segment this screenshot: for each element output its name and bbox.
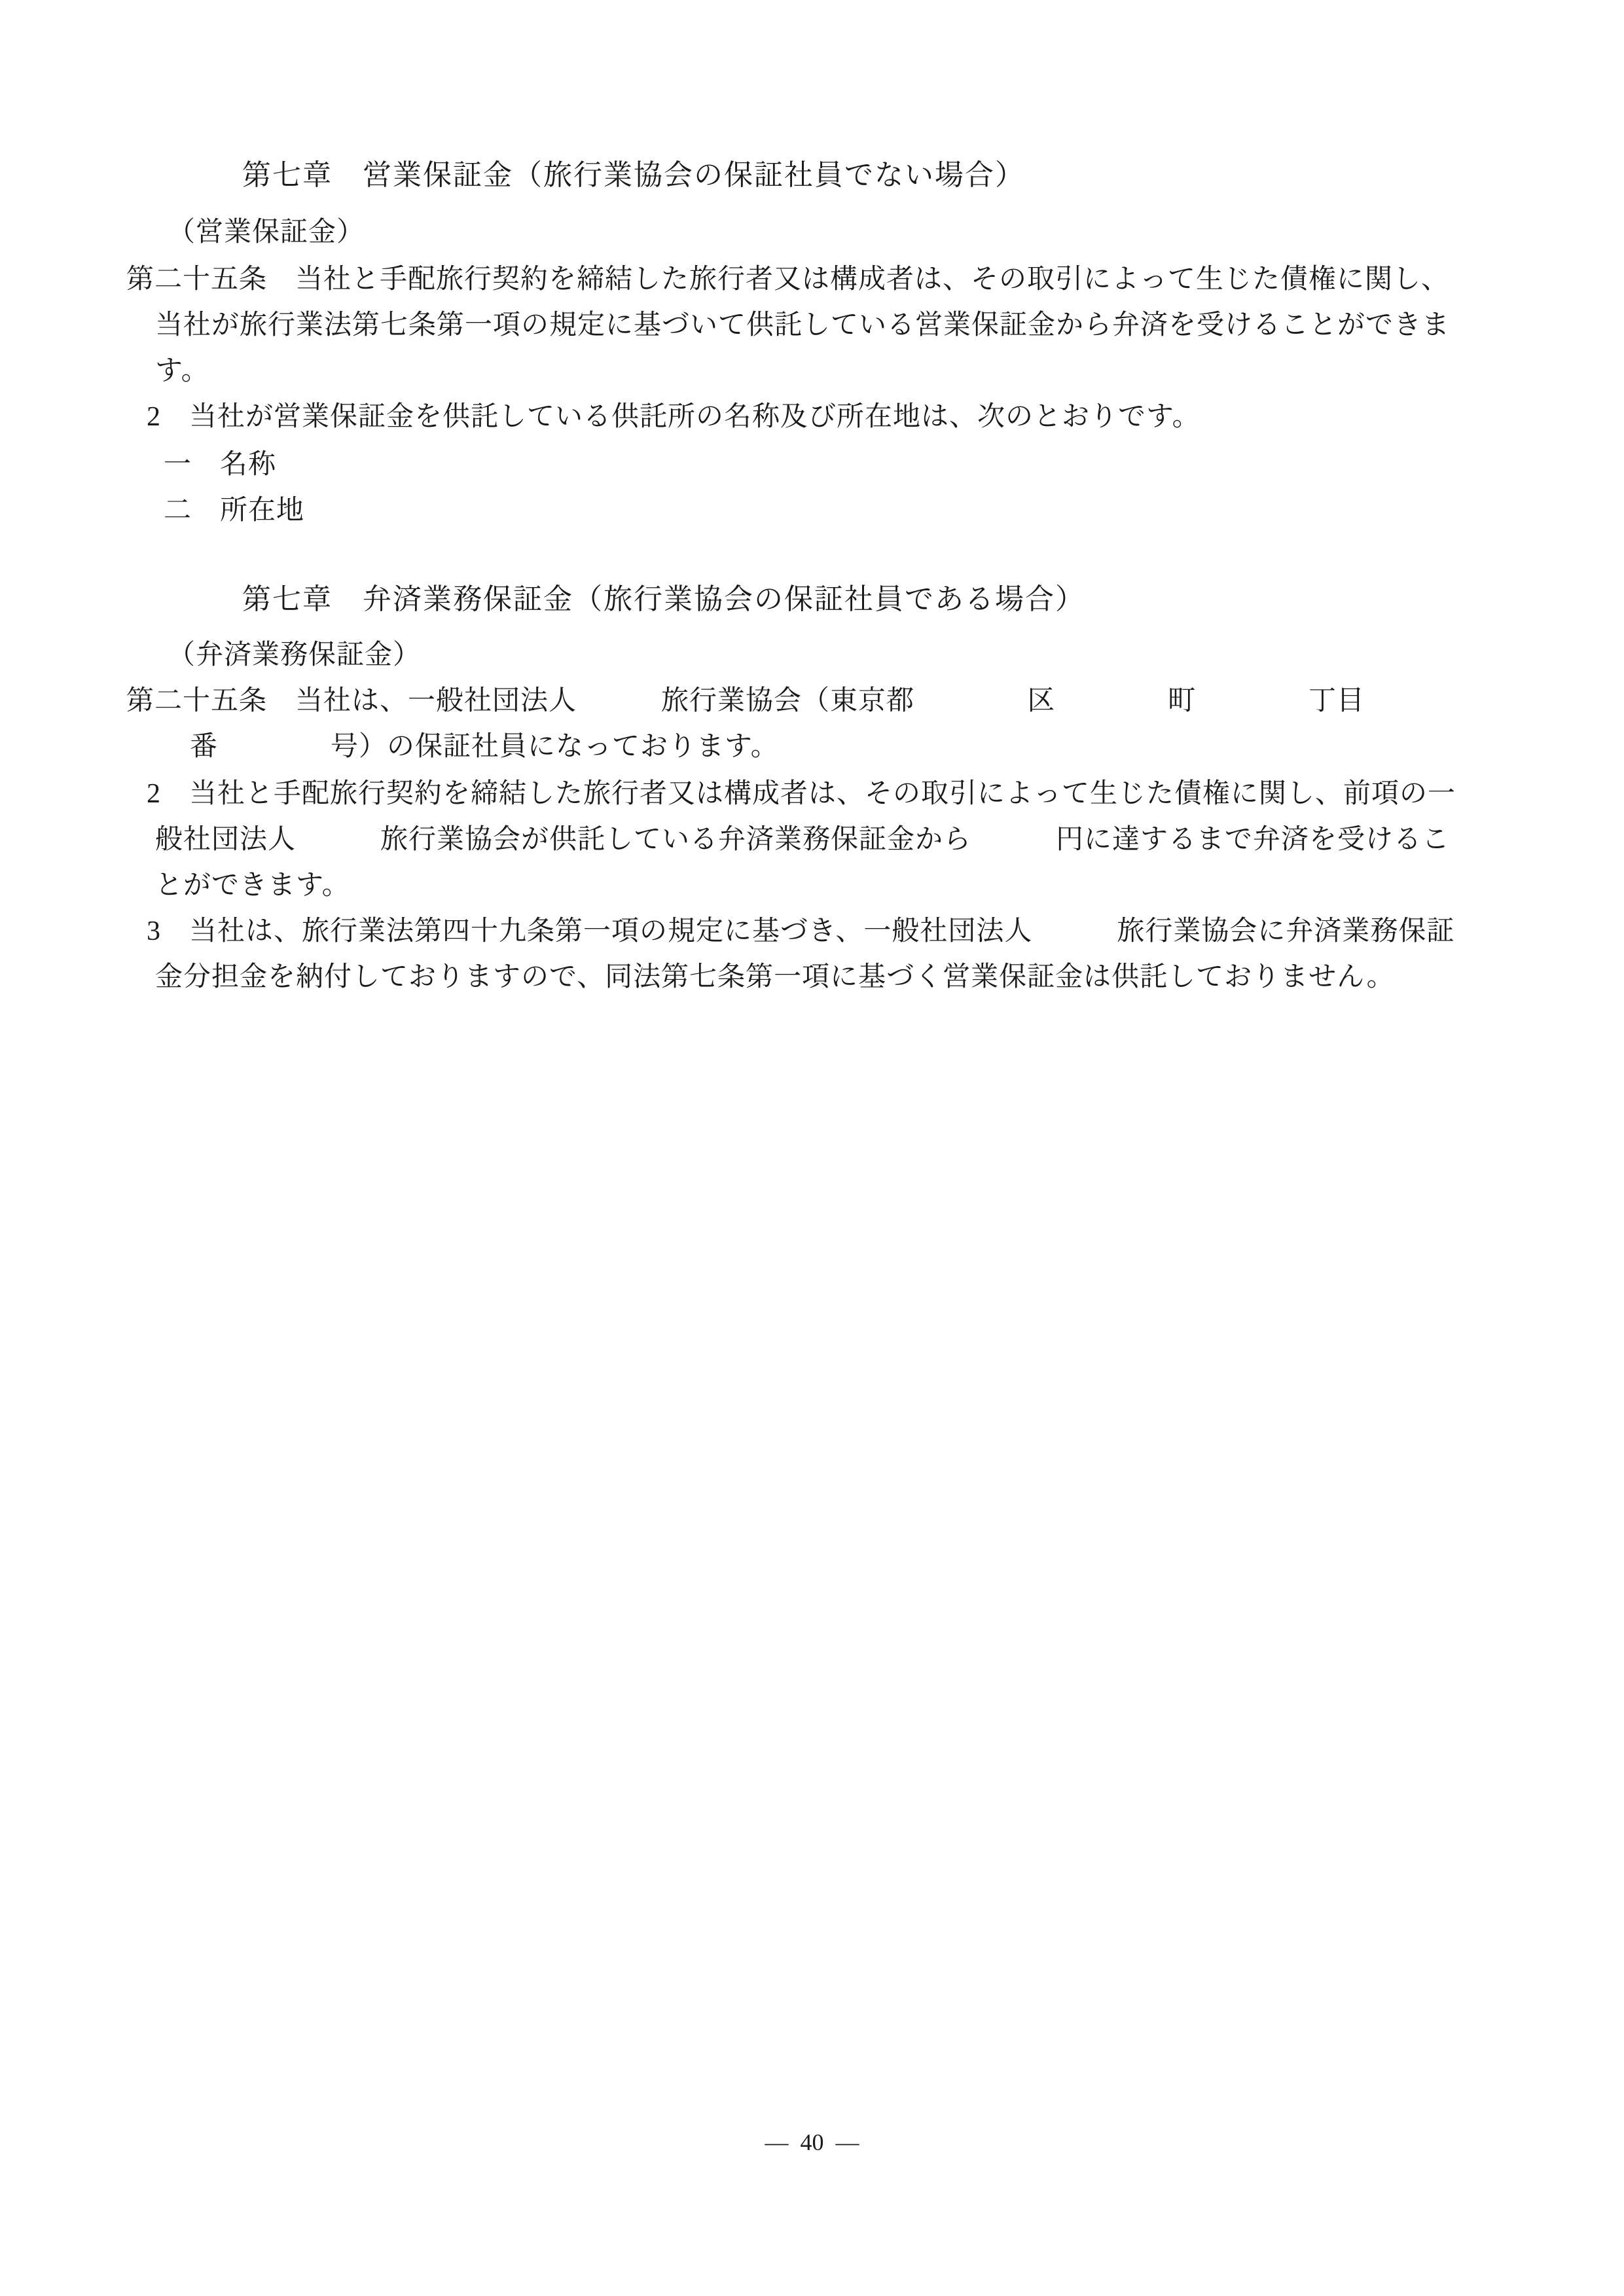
section-a-article25-line3: す。 bbox=[155, 355, 209, 387]
section-a-chapter-heading: 第七章 営業保証金（旅行業協会の保証社員でない場合） bbox=[242, 158, 1025, 193]
document-page: 第七章 営業保証金（旅行業協会の保証社員でない場合） （営業保証金） 第二十五条… bbox=[0, 0, 1624, 2296]
section-b-paragraph3-line2: 金分担金を納付しておりますので、同法第七条第一項に基づく営業保証金は供託しており… bbox=[155, 961, 1395, 994]
section-a-article-caption: （営業保証金） bbox=[168, 216, 365, 249]
section-a-article25-line2: 当社が旅行業法第七条第一項の規定に基づいて供託している営業保証金から弁済を受ける… bbox=[155, 309, 1450, 342]
section-b-paragraph2-line2: 般社団法人 旅行業協会が供託している弁済業務保証金から 円に達するまで弁済を受け… bbox=[155, 823, 1450, 856]
section-b-paragraph3-line1: 3 当社は、旅行業法第四十九条第一項の規定に基づき、一般社団法人 旅行業協会に弁… bbox=[147, 915, 1454, 948]
section-b-chapter-heading: 第七章 弁済業務保証金（旅行業協会の保証社員である場合） bbox=[242, 583, 1085, 617]
section-b-article25-line1: 第二十五条 当社は、一般社団法人 旅行業協会（東京都 区 町 丁目 bbox=[126, 685, 1365, 717]
section-a-list-item-name: 一 名称 bbox=[164, 448, 276, 481]
section-b-paragraph2-line1: 2 当社と手配旅行契約を締結した旅行者又は構成者は、その取引によって生じた債権に… bbox=[147, 778, 1456, 810]
section-a-list-item-address: 二 所在地 bbox=[164, 494, 304, 527]
section-a-article25-line1: 第二十五条 当社と手配旅行契約を締結した旅行者又は構成者は、その取引によって生じ… bbox=[126, 263, 1449, 296]
section-b-article-caption: （弁済業務保証金） bbox=[168, 639, 421, 672]
section-a-paragraph2: 2 当社が営業保証金を供託している供託所の名称及び所在地は、次のとおりです。 bbox=[147, 401, 1200, 433]
section-b-paragraph2-line3: とができます。 bbox=[155, 869, 350, 902]
section-b-article25-line2: 番 号）の保証社員になっております。 bbox=[190, 730, 779, 763]
page-number: — 40 — bbox=[0, 2128, 1624, 2156]
